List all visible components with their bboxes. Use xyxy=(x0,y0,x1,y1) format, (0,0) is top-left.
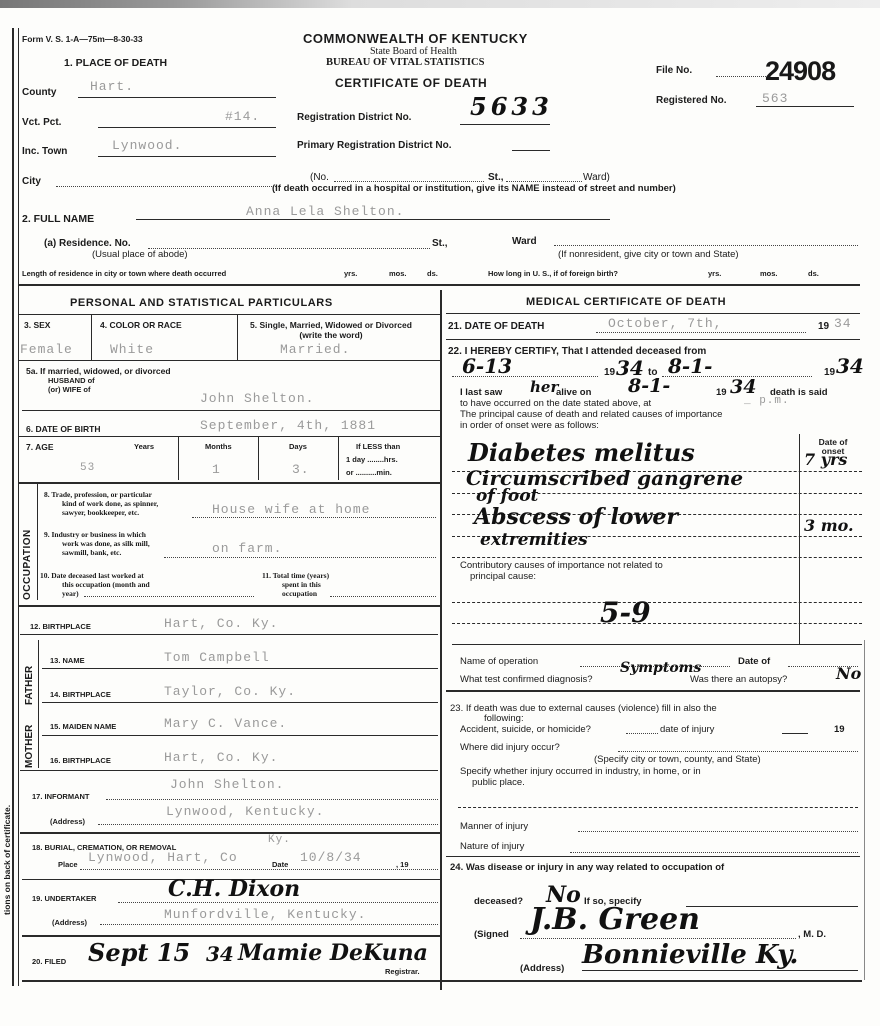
age-label: 7. AGE xyxy=(26,442,54,452)
contributory-label-1: Contributory causes of importance not re… xyxy=(460,560,663,571)
contributory-label-2: principal cause: xyxy=(470,571,536,582)
last-worked-label-1: 10. Date deceased last worked at xyxy=(40,571,144,580)
to-year-prefix: 19 xyxy=(824,367,835,378)
dob-value: September, 4th, 1881 xyxy=(200,418,376,433)
nonresident-note: (If nonresident, give city or town and S… xyxy=(558,249,739,260)
informant-address-value: Lynwood, Kentucky. xyxy=(166,804,324,819)
nature-label: Nature of injury xyxy=(460,841,524,852)
from-year-prefix: 19 xyxy=(604,367,615,378)
st-label: St., xyxy=(488,172,504,183)
right-edge xyxy=(864,640,865,980)
days-label: Days xyxy=(289,442,307,451)
filed-label: 20. FILED xyxy=(32,957,66,966)
burial-state: Ky. xyxy=(268,834,291,846)
total-time-label-2: spent in this xyxy=(282,580,321,589)
county-value: Hart. xyxy=(90,79,134,94)
informant-label: 17. INFORMANT xyxy=(32,792,90,801)
full-name-value: Anna Lela Shelton. xyxy=(246,204,404,219)
foreign-birth-label: How long in U. S., if of foreign birth? xyxy=(488,269,618,278)
alive-on-date: 8-1- xyxy=(628,375,670,397)
mother-maiden-label: 15. MAIDEN NAME xyxy=(50,722,116,731)
burial-date-label: Date xyxy=(272,860,288,869)
time-of-death: _ p.m. xyxy=(744,395,790,407)
registered-no-value: 563 xyxy=(762,91,788,106)
industry-value: on farm. xyxy=(212,541,282,556)
less-than-label: If LESS than xyxy=(356,442,400,451)
years-label: Years xyxy=(134,442,154,451)
informant-address-label: (Address) xyxy=(50,817,85,826)
sex-value: Female xyxy=(20,342,73,357)
trade-value: House wife at home xyxy=(212,502,370,517)
burial-place-label: Place xyxy=(58,860,78,869)
last-worked-label-2: this occupation (month and xyxy=(62,580,150,589)
spouse-label: 5a. If married, widowed, or divorced xyxy=(26,366,171,376)
md-label: , M. D. xyxy=(798,929,826,940)
registrar-signature: Mamie DeKuna xyxy=(238,940,428,966)
trade-label-3: sawyer, bookkeeper, etc. xyxy=(62,508,139,517)
mos-label: mos. xyxy=(389,269,407,278)
scan-edge xyxy=(0,0,880,8)
race-label: 4. COLOR OR RACE xyxy=(100,320,182,330)
cause-5: extremities xyxy=(480,530,588,550)
form-number: Form V. S. 1-A—75m—8-30-33 xyxy=(22,34,143,44)
cause-1: Diabetes melitus xyxy=(468,438,695,467)
birthplace-label: 12. BIRTHPLACE xyxy=(30,622,91,631)
place-of-death-heading: 1. PLACE OF DEATH xyxy=(64,57,167,69)
operation-label: Name of operation xyxy=(460,656,538,667)
mother-side-label: MOTHER xyxy=(24,725,35,768)
contributory-mark: 5-9 xyxy=(600,596,651,629)
length-of-residence-label: Length of residence in city or town wher… xyxy=(22,269,226,278)
file-no-stamp: 24908 xyxy=(765,56,835,87)
residence-ward-label: Ward xyxy=(512,236,537,247)
bureau-name: BUREAU OF VITAL STATISTICS xyxy=(326,57,484,68)
accident-label: Accident, suicide, or homicide? xyxy=(460,724,591,735)
external-label-2: following: xyxy=(484,713,524,724)
undertaker-address-label: (Address) xyxy=(52,918,87,927)
burial-place-value: Lynwood, Hart, Co xyxy=(88,850,238,865)
hospital-note: (If death occurred in a hospital or inst… xyxy=(272,183,676,194)
dod-label: 21. DATE OF DEATH xyxy=(448,321,544,332)
yrs-label: yrs. xyxy=(344,269,357,278)
cause-1-onset: 7 yrs xyxy=(804,450,847,469)
last-worked-label-3: year) xyxy=(62,589,79,598)
test-label: What test confirmed diagnosis? xyxy=(460,674,593,685)
dob-label: 6. DATE OF BIRTH xyxy=(26,424,100,434)
reg-district-value: 5633 xyxy=(470,92,553,121)
marital-value: Married. xyxy=(280,342,350,357)
attended-to-date: 8-1- xyxy=(668,354,712,378)
undertaker-label: 19. UNDERTAKER xyxy=(32,894,96,903)
father-birthplace-value: Taylor, Co. Ky. xyxy=(164,684,296,699)
attended-from-date: 6-13 xyxy=(462,354,512,378)
no-label: (No. xyxy=(310,172,329,183)
autopsy-label: Was there an autopsy? xyxy=(690,674,787,685)
left-border-inner xyxy=(18,28,19,986)
inc-town-label: Inc. Town xyxy=(22,146,67,157)
physician-address: Bonnieville Ky. xyxy=(582,940,798,970)
dod-value: October, 7th, xyxy=(608,316,722,331)
ward-label: Ward) xyxy=(583,172,610,183)
where-injury-label: Where did injury occur? xyxy=(460,742,560,753)
spouse-value: John Shelton. xyxy=(200,391,314,406)
wife-of-label: (or) WIFE of xyxy=(48,385,91,394)
less-hrs-label: 1 day ........hrs. xyxy=(346,455,398,464)
age-months: 1 xyxy=(212,462,221,477)
physician-signature: J.B. Green xyxy=(530,902,700,937)
specify-label-2: public place. xyxy=(472,777,525,788)
father-name-value: Tom Campbell xyxy=(164,650,270,665)
occupation-side-label: OCCUPATION xyxy=(22,529,33,600)
where-sub-label: (Specify city or town, county, and State… xyxy=(594,754,761,765)
manner-label: Manner of injury xyxy=(460,821,528,832)
foreign-ds-label: ds. xyxy=(808,269,819,278)
husband-of-label: HUSBAND of xyxy=(48,376,95,385)
marital-label: 5. Single, Married, Widowed or Divorced … xyxy=(245,320,417,340)
race-value: White xyxy=(110,342,154,357)
state-title: COMMONWEALTH OF KENTUCKY xyxy=(303,31,528,46)
injury-date-label: date of injury xyxy=(660,724,714,735)
abode-note: (Usual place of abode) xyxy=(92,249,188,260)
alive-year-prefix: 19 xyxy=(716,387,727,398)
principal-label-2: in order of onset were as follows: xyxy=(460,420,599,431)
center-divider xyxy=(440,290,442,990)
trade-label-1: 8. Trade, profession, or particular xyxy=(44,490,152,499)
informant-value: John Shelton. xyxy=(170,777,284,792)
alive-on-label: alive on xyxy=(556,387,591,398)
burial-date-value: 10/8/34 xyxy=(300,850,362,865)
full-name-label: 2. FULL NAME xyxy=(22,213,94,225)
medical-section-title: MEDICAL CERTIFICATE OF DEATH xyxy=(526,296,726,308)
father-name-label: 13. NAME xyxy=(50,656,85,665)
reg-district-label: Registration District No. xyxy=(297,112,411,123)
mother-birthplace-label: 16. BIRTHPLACE xyxy=(50,756,111,765)
residence-st-label: St., xyxy=(432,238,448,249)
file-no-label: File No. xyxy=(656,65,692,76)
total-time-label-1: 11. Total time (years) xyxy=(262,571,329,580)
inc-town-value: Lynwood. xyxy=(112,138,182,153)
occupation-question-2: deceased? xyxy=(474,896,523,907)
last-saw-label: I last saw xyxy=(460,387,502,398)
county-label: County xyxy=(22,87,56,98)
sex-label: 3. SEX xyxy=(24,320,50,330)
dod-year-prefix: 19 xyxy=(818,321,829,332)
occupation-question-1: 24. Was disease or injury in any way rel… xyxy=(450,862,724,873)
residence-label: (a) Residence. No. xyxy=(44,238,131,249)
age-years: 53 xyxy=(80,462,95,474)
undertaker-signature: C.H. Dixon xyxy=(168,876,300,902)
dod-year: 34 xyxy=(834,316,852,331)
father-side-label: FATHER xyxy=(24,666,35,705)
foreign-mos-label: mos. xyxy=(760,269,778,278)
vct-pct-label: Vct. Pct. xyxy=(22,117,61,128)
cause-4-onset: 3 mo. xyxy=(804,516,854,535)
left-border xyxy=(12,28,14,986)
board-name: State Board of Health xyxy=(370,46,457,57)
vct-pct-value: #14. xyxy=(225,109,260,124)
less-min-label: or ..........min. xyxy=(346,468,392,477)
industry-label-1: 9. Industry or business in which xyxy=(44,530,146,539)
occurred-label: to have occurred on the date stated abov… xyxy=(460,398,651,409)
foreign-yrs-label: yrs. xyxy=(708,269,721,278)
last-saw-who: her xyxy=(530,378,558,396)
certificate-title: CERTIFICATE OF DEATH xyxy=(335,76,487,90)
industry-label-2: work was done, as silk mill, xyxy=(62,539,150,548)
physician-address-label: (Address) xyxy=(520,963,564,974)
ds-label: ds. xyxy=(427,269,438,278)
birthplace-value: Hart, Co. Ky. xyxy=(164,616,278,631)
filed-date: Sept 15 xyxy=(88,938,190,967)
trade-label-2: kind of work done, as spinner, xyxy=(62,499,158,508)
injury-year-label: 19 xyxy=(834,724,845,735)
city-label: City xyxy=(22,176,41,187)
principal-label-1: The principal cause of death and related… xyxy=(460,409,722,420)
cause-3: of foot xyxy=(476,486,538,506)
specify-label-1: Specify whether injury occurred in indus… xyxy=(460,766,701,777)
margin-note: tions on back of certificate. xyxy=(2,805,12,915)
mother-maiden-value: Mary C. Vance. xyxy=(164,716,287,731)
total-time-label-3: occupation xyxy=(282,589,317,598)
personal-section-title: PERSONAL AND STATISTICAL PARTICULARS xyxy=(70,297,333,309)
months-label: Months xyxy=(205,442,232,451)
operation-date-label: Date of xyxy=(738,656,770,667)
father-birthplace-label: 14. BIRTHPLACE xyxy=(50,690,111,699)
filed-year: 34 xyxy=(206,942,234,966)
mother-birthplace-value: Hart, Co. Ky. xyxy=(164,750,278,765)
undertaker-address-value: Munfordville, Kentucky. xyxy=(164,907,366,922)
industry-label-3: sawmill, bank, etc. xyxy=(62,548,121,557)
autopsy-value: No xyxy=(836,664,861,683)
to-year: 34 xyxy=(836,354,864,378)
cause-4: Abscess of lower xyxy=(474,504,678,530)
registered-no-label: Registered No. xyxy=(656,95,727,106)
signed-label: (Signed xyxy=(474,929,509,940)
registrar-label: Registrar. xyxy=(385,967,420,976)
primary-reg-label: Primary Registration District No. xyxy=(297,140,451,151)
age-days: 3. xyxy=(292,462,310,477)
burial-year-suffix: , 19 xyxy=(396,860,409,869)
